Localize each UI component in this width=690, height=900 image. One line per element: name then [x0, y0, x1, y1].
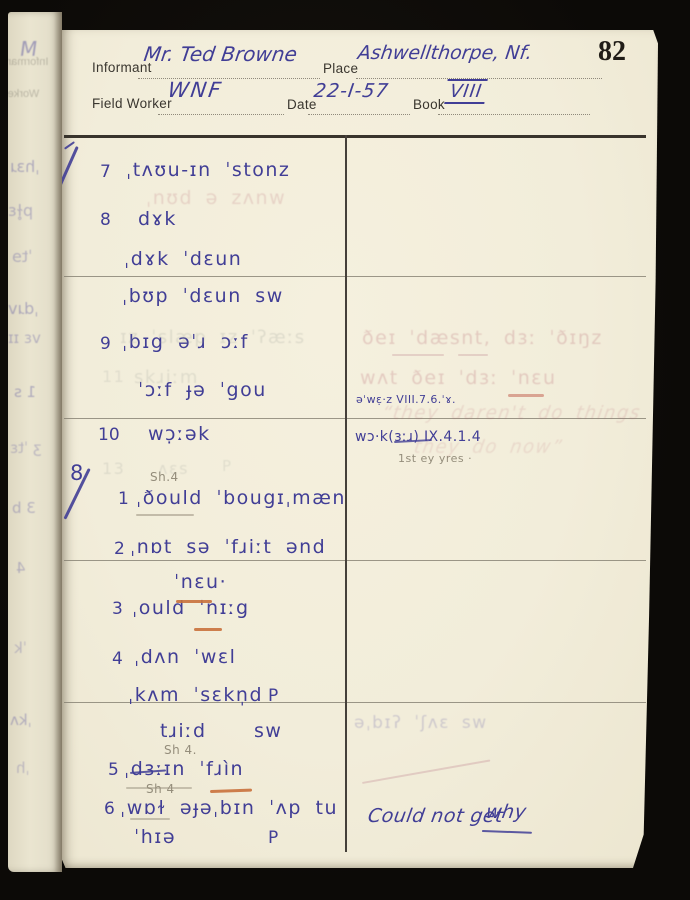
handwriting-note: Could not get — [366, 806, 504, 827]
pencil-underline — [130, 818, 170, 820]
informant-value: Mr. Ted Browne — [142, 42, 298, 66]
previous-page-mark: vɛ ɪɪ — [8, 330, 41, 347]
ruled-line-top — [64, 135, 646, 138]
dotted-line — [158, 113, 284, 115]
entry-number: 3 — [112, 600, 123, 619]
previous-page-mark: pɫ̥ɛ — [8, 202, 33, 220]
record-card-page: Informant Mr. Ted Browne Place Ashwellth… — [62, 30, 658, 868]
bleedthrough-text: 11 — [102, 368, 125, 386]
bleedthrough-underline — [458, 354, 488, 356]
previous-page-mark: ˌdɹv — [8, 300, 39, 318]
field-worker-value: WNF — [166, 78, 224, 102]
handwriting-line: ˌdʌn ˈwɛl — [134, 647, 236, 668]
pencil-underline — [136, 514, 194, 516]
page-number: 82 — [598, 36, 626, 68]
handwriting-line: ˈnɛu· — [174, 572, 227, 593]
handwriting-line: ˌtʌʊu-ɪn ˈstonz — [126, 160, 290, 181]
entry-number: 1 — [118, 490, 129, 509]
pencil-underline — [126, 787, 192, 789]
ink-stroke — [64, 141, 75, 150]
previous-page-mark: ʒ ˈtɛ — [10, 440, 42, 457]
previous-page-mark: 4 — [16, 560, 26, 577]
bleedthrough-text: “they daren't do things — [380, 404, 642, 424]
previous-page-edge: MInformantWorkerˌhɜɹpɫ̥ɛˈtɘˌdɹvvɛ ɪɪ1 sʒ… — [8, 12, 62, 872]
handwriting-line: ˈhɪə — [134, 827, 176, 848]
handwriting-line: wɔ̣ːək — [148, 424, 211, 445]
entry-number: 10 — [98, 426, 120, 445]
bleedthrough-text: 13 — [102, 460, 125, 478]
pencil-annotation: Sh 4 — [146, 783, 175, 796]
book-value: VIII — [444, 79, 488, 104]
bleedthrough-text: ʌɛs — [158, 460, 189, 478]
bleedthrough-underline — [392, 354, 444, 356]
bleedthrough-text: skɹiːm — [134, 368, 199, 388]
pencil-annotation: Sh 4. — [164, 744, 197, 757]
bleedthrough-text: wʌt ðeɪ ˈdɜː ˈnɛu — [360, 368, 557, 389]
previous-page-mark: 3 b — [12, 500, 36, 517]
entry-number: 5 — [108, 761, 119, 780]
previous-page-mark: 1 s — [14, 384, 36, 401]
handwriting-line: sw — [254, 721, 282, 742]
ink-stroke — [482, 830, 532, 834]
entry-number: 8 — [100, 211, 111, 230]
bleedthrough-text: ˌnʊd ə zʌnw — [146, 188, 286, 209]
handwriting-line: P — [268, 829, 280, 848]
dotted-line — [138, 77, 320, 79]
handwriting-line: ˌðould ˈbougɪˌmæn — [136, 488, 346, 509]
bleedthrough-text: P — [222, 458, 233, 475]
handwriting-line: ˌkʌm ˈsɛkn̩d — [128, 685, 263, 706]
place-label: Place — [323, 61, 358, 76]
handwriting-note: why — [484, 802, 528, 823]
ruled-line — [64, 560, 646, 561]
book-label: Book — [413, 97, 445, 112]
previous-page-mark: ˈk — [14, 640, 27, 657]
ruled-line — [64, 276, 646, 277]
orange-underline — [194, 628, 222, 631]
entry-number: 2 — [114, 540, 125, 559]
previous-page-mark: ˌkʌ — [10, 712, 32, 729]
bleedthrough-underline — [362, 759, 490, 784]
previous-page-mark: ˌhɜɹ — [10, 158, 40, 176]
bleedthrough-text: əˌbɪʔ ˈʃʌɛ sw — [354, 714, 488, 733]
handwriting-line: dɤk — [138, 209, 177, 230]
handwriting-line: ˌnɒt sə ˈfɹiːt ənd — [130, 537, 326, 558]
bleedthrough-text: ɪz ˈslæp ɪz ˈʔæːs — [120, 328, 306, 348]
dotted-line — [438, 113, 590, 115]
entry-number: 9 — [100, 335, 111, 354]
handwriting-line: ˌdɜːɪn ˈfɹìn — [124, 759, 244, 780]
previous-page-mark: Worker — [8, 88, 39, 100]
date-value: 22-I-57 — [312, 80, 390, 102]
previous-page-mark: Informant — [8, 56, 48, 68]
orange-underline — [210, 789, 252, 793]
entry-number: 4 — [112, 650, 123, 669]
handwriting-line: ˌwɒɫ əɟəˌbɪn ˈʌp tu — [120, 798, 338, 819]
previous-page-mark: ˈtɘ — [12, 248, 33, 266]
handwriting-line: ˌbʊp ˈdɛun sw — [122, 286, 284, 307]
dotted-line — [356, 77, 602, 79]
entry-number: 6 — [104, 800, 115, 819]
handwriting-line: P — [268, 687, 280, 706]
previous-page-mark: ˌh — [16, 760, 30, 777]
handwriting-line: ˌdɤk ˈdɛun — [124, 249, 242, 270]
bleedthrough-text: they do now” — [412, 438, 564, 458]
place-value: Ashwellthorpe, Nf. — [356, 42, 533, 64]
orange-underline — [176, 600, 212, 603]
bleedthrough-underline — [508, 394, 544, 397]
field-worker-label: Field Worker — [92, 96, 172, 111]
bleedthrough-text: ðeɪ ˈdæsnt, dɜː ˈðɪŋz — [362, 328, 603, 349]
handwriting-line: tɹiːd — [160, 721, 207, 742]
entry-number: 7 — [100, 163, 111, 182]
dotted-line — [308, 113, 410, 115]
scan-background: MInformantWorkerˌhɜɹpɫ̥ɛˈtɘˌdɹvvɛ ɪɪ1 sʒ… — [0, 0, 690, 900]
